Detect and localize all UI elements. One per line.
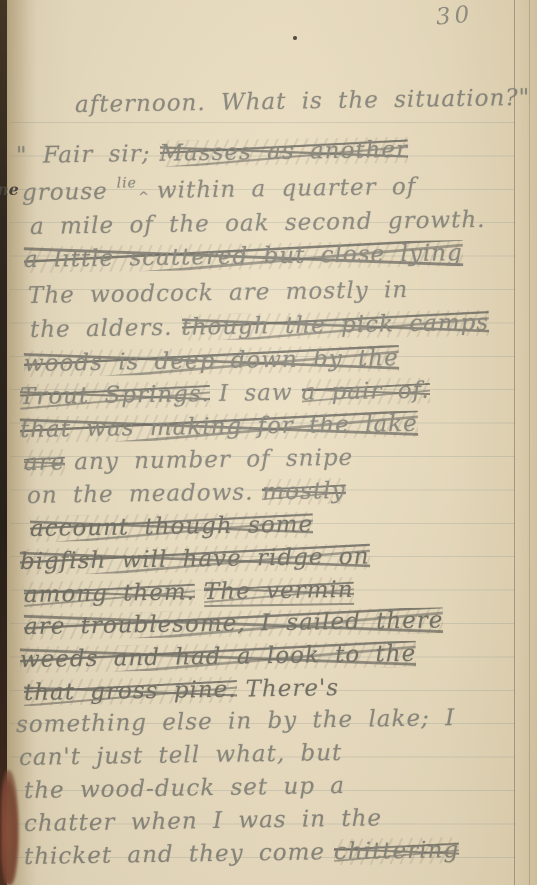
- handwritten-text: on the meadows.: [27, 479, 254, 509]
- manuscript-line: bigfish will have ridge on: [20, 543, 379, 575]
- manuscript-line: chatter when I was in the: [24, 805, 391, 837]
- manuscript-line: afternoon. What is the situation?": [75, 85, 537, 118]
- struck-out-text: mostly: [262, 478, 345, 505]
- struck-out-text: are: [24, 449, 66, 476]
- manuscript-line: grouselie^within a quarter of: [22, 174, 426, 206]
- handwritten-text: within a quarter of: [157, 174, 417, 204]
- manuscript-line: " Fair sir;Masses as another: [16, 137, 417, 169]
- struck-out-text: Masses as another: [159, 137, 408, 167]
- manuscript-line: something else in by the lake; I: [16, 705, 465, 738]
- manuscript-line: are troublesome, I sailed there: [24, 607, 453, 640]
- manuscript-text: afternoon. What is the situation?"" Fair…: [0, 0, 537, 885]
- manuscript-line: weeds and had a look to the: [20, 641, 426, 673]
- insertion-caret: ^: [138, 190, 150, 205]
- struck-out-text: woods is deep down by the: [24, 345, 399, 377]
- manuscript-line: the alders.though the pick camps: [30, 310, 499, 343]
- struck-out-text: bigfish will have ridge on: [20, 544, 370, 575]
- handwritten-text: can't just tell what, but: [19, 740, 343, 771]
- manuscript-line: a mile of the oak second growth.: [30, 207, 495, 240]
- struck-out-text: a little scattered but close lying: [24, 240, 463, 273]
- struck-out-text: Trout Springs.: [20, 381, 210, 410]
- handwritten-text: a mile of the oak second growth.: [30, 207, 486, 240]
- handwritten-text: the alders.: [30, 315, 173, 343]
- struck-out-text: among them.: [24, 579, 195, 608]
- manuscript-line: that was making for the lake: [20, 411, 427, 443]
- struck-out-text: weeds and had a look to the: [20, 641, 417, 673]
- struck-out-text: though the pick camps: [181, 310, 489, 341]
- struck-out-text: that was making for the lake: [20, 411, 418, 443]
- manuscript-line: thicket and they comechittering: [24, 837, 468, 870]
- handwritten-text: The woodcock are mostly in: [28, 277, 409, 309]
- struck-out-text: are troublesome, I sailed there: [24, 607, 444, 640]
- handwritten-text: afternoon. What is the situation?": [75, 85, 531, 118]
- handwritten-text: There's: [245, 675, 339, 702]
- manuscript-line: Trout Springs.I sawa pair of.: [20, 377, 439, 410]
- handwritten-text: " Fair sir;: [16, 141, 151, 169]
- handwritten-text: chatter when I was in the: [24, 805, 382, 837]
- struck-out-text: chittering: [334, 837, 459, 865]
- handwritten-text: I saw: [219, 380, 293, 407]
- manuscript-line: a little scattered but close lying: [24, 240, 472, 273]
- handwritten-text: any number of snipe: [74, 445, 353, 475]
- struck-out-text: a pair of.: [301, 378, 429, 406]
- manuscript-line: areany number of snipe: [24, 445, 363, 476]
- handwritten-text: the wood-duck set up a: [24, 773, 345, 804]
- handwritten-text: thicket and they come: [24, 839, 325, 870]
- handwritten-text: something else in by the lake; I: [16, 705, 456, 738]
- struck-out-text: The vermin: [204, 577, 354, 607]
- struck-out-text: account though some: [30, 512, 314, 542]
- manuscript-line: that gross pine.There's: [24, 675, 348, 706]
- manuscript-line: on the meadows.mostly: [27, 478, 355, 509]
- handwritten-text: grouse: [22, 179, 108, 206]
- struck-out-text: that gross pine.: [24, 677, 237, 706]
- manuscript-line: the wood-duck set up a: [24, 773, 354, 804]
- manuscript-line: account though some: [30, 511, 323, 542]
- manuscript-line: can't just tell what, but: [19, 740, 352, 771]
- inserted-word: lie: [117, 175, 137, 191]
- manuscript-line: The woodcock are mostly in: [28, 277, 418, 309]
- manuscript-page: 30 ne afternoon. What is the situation?"…: [0, 0, 537, 885]
- manuscript-line: among them.The vermin: [24, 577, 363, 610]
- manuscript-line: woods is deep down by the: [24, 345, 408, 377]
